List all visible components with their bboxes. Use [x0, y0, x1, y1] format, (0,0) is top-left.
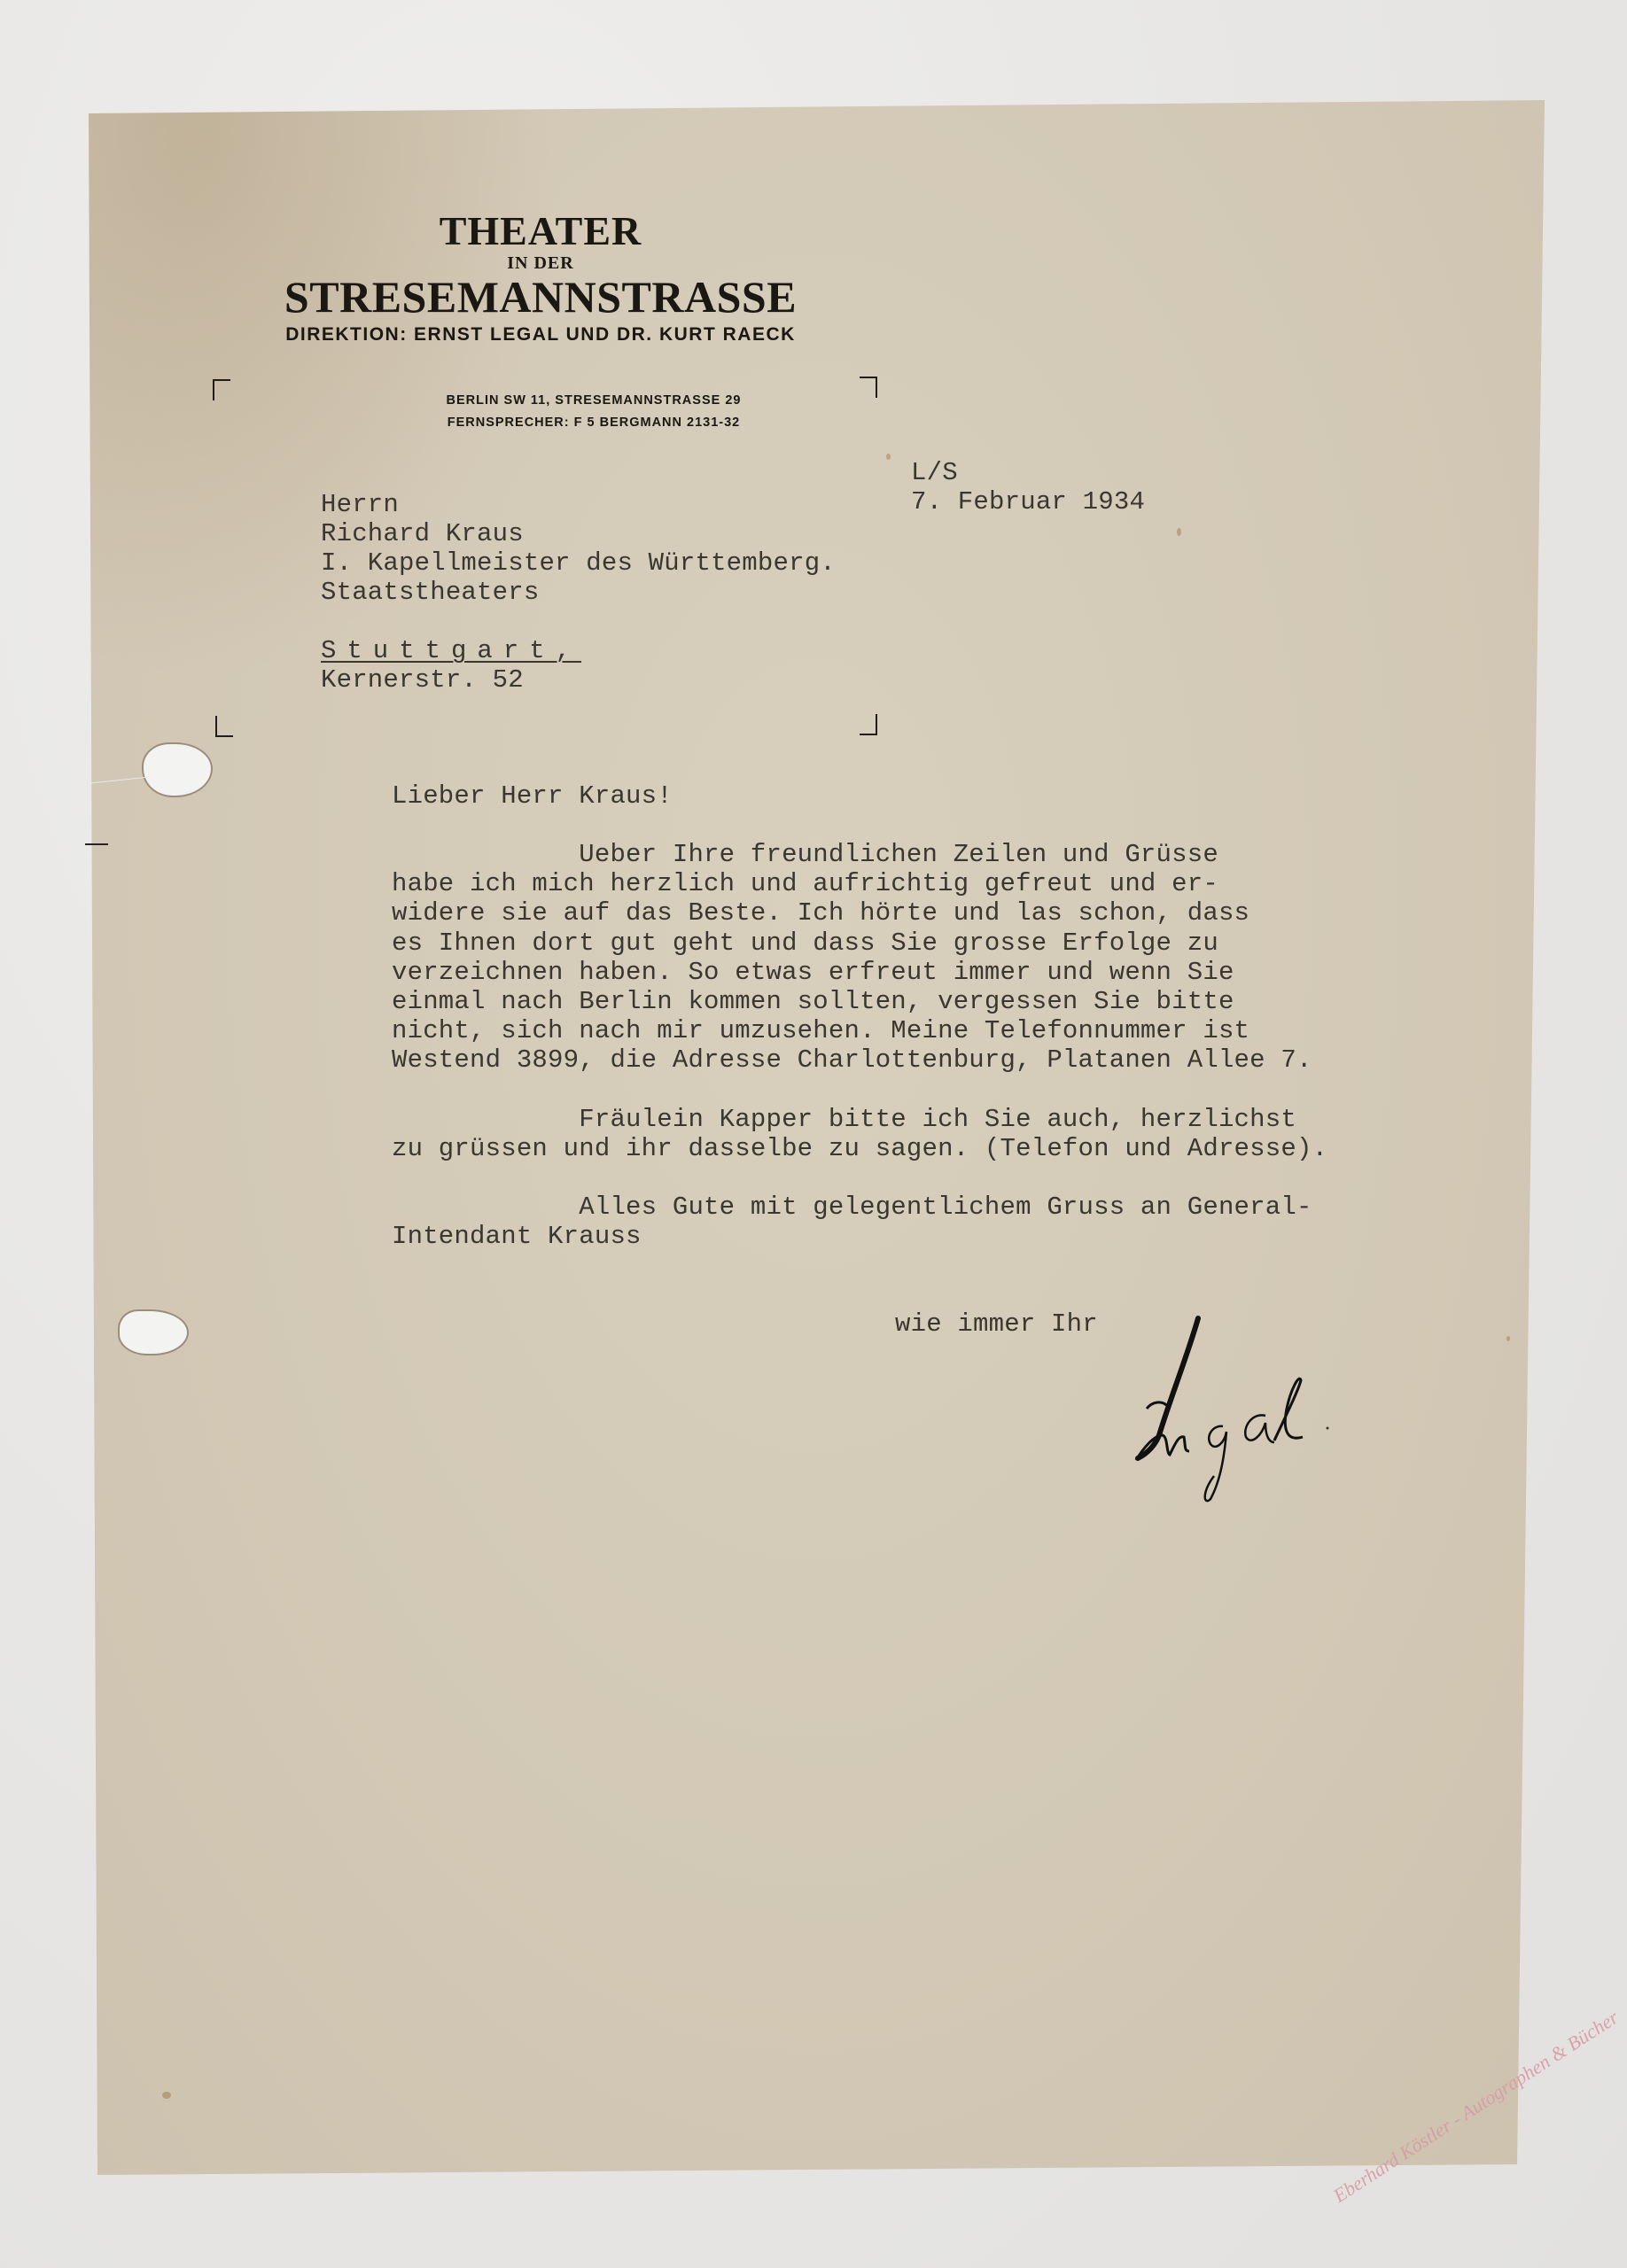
address-window-corner-mark: [215, 716, 233, 737]
address-window-corner-mark: [860, 714, 877, 735]
recipient-line: Richard Kraus: [321, 519, 836, 548]
letterhead-phone-line: FERNSPRECHER: F 5 BERGMANN 2131-32: [301, 412, 886, 434]
recipient-city: Stuttgart,: [321, 636, 836, 665]
recipient-line: Staatstheaters: [321, 578, 836, 607]
recipient-line: Herrn: [321, 490, 836, 519]
letterhead-street-name: STRESEMANNSTRASSE: [204, 273, 877, 321]
letterhead: THEATER IN DER STRESEMANNSTRASSE DIREKTI…: [204, 209, 877, 347]
letter-body: Ueber Ihre freundlichen Zeilen und Grüss…: [392, 840, 1327, 1251]
salutation: Lieber Herr Kraus!: [392, 781, 673, 811]
punch-hole: [120, 1311, 187, 1354]
letterhead-address-line: BERLIN SW 11, STRESEMANNSTRASSE 29: [301, 390, 886, 412]
fold-mark: [85, 843, 108, 845]
reference-initials: L/S: [911, 458, 1145, 487]
letterhead-title: THEATER: [204, 209, 877, 253]
address-window-corner-mark: [860, 377, 877, 398]
address-window-corner-mark: [213, 379, 230, 400]
reference-block: L/S7. Februar 1934: [911, 458, 1145, 517]
foxing-spot: [1177, 528, 1181, 536]
foxing-spot: [886, 454, 891, 460]
recipient-block: HerrnRichard KrausI. Kapellmeister des W…: [321, 490, 836, 695]
letterhead-direction: DIREKTION: ERNST LEGAL UND DR. KURT RAEC…: [204, 322, 877, 347]
handwritten-signature: Legal: [1117, 1302, 1365, 1506]
recipient-line: I. Kapellmeister des Württemberg.: [321, 548, 836, 578]
paragraph: Fräulein Kapper bitte ich Sie auch, herz…: [392, 1105, 1327, 1163]
letterhead-subtitle: IN DER: [204, 253, 877, 273]
paragraph: Ueber Ihre freundlichen Zeilen und Grüss…: [392, 840, 1327, 1076]
closing: wie immer Ihr: [895, 1309, 1098, 1339]
letter-date: 7. Februar 1934: [911, 487, 1145, 517]
foxing-spot: [162, 2092, 171, 2099]
recipient-street: Kernerstr. 52: [321, 665, 836, 695]
letterhead-address: BERLIN SW 11, STRESEMANNSTRASSE 29 FERNS…: [301, 390, 886, 434]
foxing-spot: [1506, 1336, 1510, 1341]
paragraph: Alles Gute mit gelegentlichem Gruss an G…: [392, 1192, 1327, 1251]
